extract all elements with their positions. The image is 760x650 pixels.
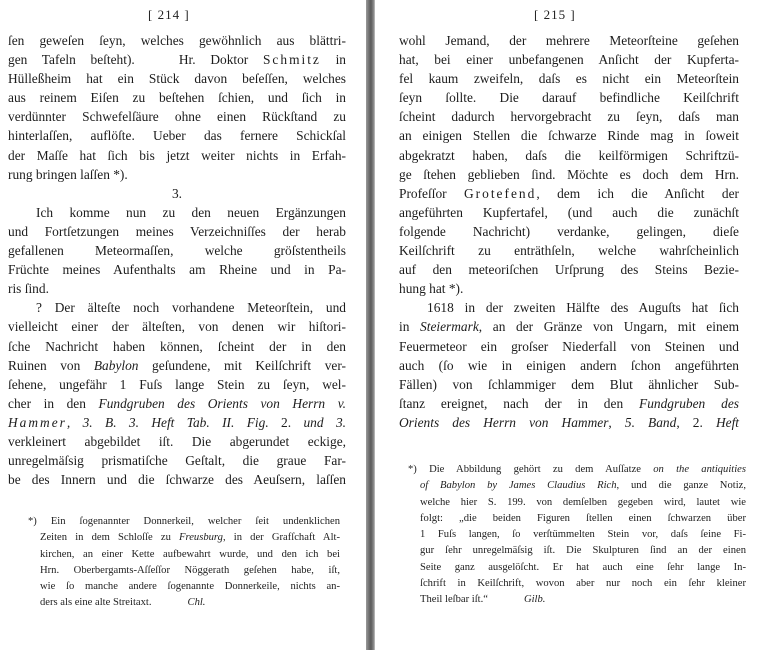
text-line: Ruinen von Babylon geſundene, mit Keilſc… xyxy=(8,356,346,375)
page-number: [ 214 ] xyxy=(148,7,190,23)
text-line: 1618 in der zweiten Hälfte des Auguſts h… xyxy=(399,298,739,317)
footnote-signature: Gilb. xyxy=(524,594,545,605)
text-line: be des Innern und die ſchwarze des Aeuſs… xyxy=(8,470,346,489)
text-line: verkleinert abgebildet iſt. Die abgerund… xyxy=(8,432,346,451)
text-line: an einigen Stellen die ſchwarze Rinde ma… xyxy=(399,126,739,145)
text-line: ſtanz ereignet, nach der in den Fundgrub… xyxy=(399,394,739,413)
footnote: *) Ein ſogenannter Donnerkeil, welcher ſ… xyxy=(28,514,340,612)
text-line: ris ſind. xyxy=(8,279,346,298)
text-line: ge ſtehen geblieben ſind. Möchte es doch… xyxy=(399,165,739,184)
text-line: ? Der älteſte noch vorhandene Meteorſtei… xyxy=(8,298,346,317)
text-line: rung bringen laſſen *). xyxy=(8,165,346,184)
text-line: aus reinem Eiſen zu beſtehen ſchien, und… xyxy=(8,88,346,107)
body-text: ſen geweſen ſeyn, welches gewöhnlich aus… xyxy=(8,31,346,489)
text-line: Orients des Herrn von Hammer, 5. Band, 2… xyxy=(399,413,739,432)
footnote-line: ſchrift in Keilſchrift, wovon aber nur n… xyxy=(408,576,746,592)
text-line: gefallenen Meteormaſſen, welche gröſsten… xyxy=(8,241,346,260)
text-line: cher in den Fundgruben des Orients von H… xyxy=(8,394,346,413)
right-page: [ 215 ] wohl Jemand, der mehrere Meteorſ… xyxy=(376,0,760,650)
text-line: auf den meteoriſchen Urſprung des Steins… xyxy=(399,260,739,279)
text-line: Hammer, 3. B. 3. Heft Tab. II. Fig. 2. u… xyxy=(8,413,346,432)
footnote-line: kirchen, an einer Kette aufbewahrt wurde… xyxy=(28,547,340,563)
text-line: unregelmäſsig prismatiſche Geſtalt, die … xyxy=(8,451,346,470)
footnote-line: folgt: „die beiden Figuren ſtellen einen… xyxy=(408,511,746,527)
text-line: folgende Nachricht) verdanke, gelingen, … xyxy=(399,222,739,241)
footnote-line: Zeiten in dem Schloſſe zu Freusburg, in … xyxy=(28,530,340,546)
footnote-line: Hrn. Oberbergamts-Aſſeſſor Nöggerath geſ… xyxy=(28,563,340,579)
body-text: wohl Jemand, der mehrere Meteorſteine ge… xyxy=(399,31,739,432)
text-line: angeführten Kupfertafel, (und auch die z… xyxy=(399,203,739,222)
text-line: fel kaum zweifeln, daſs es nicht ein Met… xyxy=(399,69,739,88)
text-line: hat, bei einer unbefangenen Anſicht der … xyxy=(399,50,739,69)
text-line: Ich komme nun zu den neuen Ergänzungen xyxy=(8,203,346,222)
text-line: Keilſchrift zu enträthſeln, welche wahrſ… xyxy=(399,241,739,260)
text-line: abgekratzt haben, daſs die keilförmigen … xyxy=(399,146,739,165)
footnote-line: Theil leſbar iſt.“Gilb. xyxy=(408,592,746,608)
text-line: ſen geweſen ſeyn, welches gewöhnlich aus… xyxy=(8,31,346,50)
text-line: auch (ſo wie in einigen andern ſchon ang… xyxy=(399,356,739,375)
text-line: wohl Jemand, der mehrere Meteorſteine ge… xyxy=(399,31,739,50)
section-number: 3. xyxy=(8,184,346,203)
text-line: in Steiermark, an der Gränze von Ungarn,… xyxy=(399,317,739,336)
text-line: hung hat *). xyxy=(399,279,739,298)
footnote-line: ders als eine alte Streitaxt.Chl. xyxy=(28,595,340,611)
text-line: Profeſſor Grotefend, dem ich die Anſicht… xyxy=(399,184,739,203)
text-line: Hülleßheim hat ein Stück davon beſeſſen,… xyxy=(8,69,346,88)
page-number: [ 215 ] xyxy=(534,7,576,23)
text-line: Fällen) von ſchlammiger dem Blut ähnlich… xyxy=(399,375,739,394)
footnote-line: of Babylon by James Claudius Rich, und d… xyxy=(408,478,746,494)
text-line: vielleicht einer der älteſten, von denen… xyxy=(8,317,346,336)
text-line: ſehene, ungefähr 1 Fuſs lange Stein zu ſ… xyxy=(8,375,346,394)
text-line: Feuermeteor ein groſser Niederfall von S… xyxy=(399,337,739,356)
text-line: ſche Nachricht haben können, ſcheint der… xyxy=(8,337,346,356)
footnote-line: 1 Fuſs langen, ſo verſtümmelten Stein vo… xyxy=(408,527,746,543)
footnote-line: gur ſehr unregelmäſsig iſt. Die Skulptur… xyxy=(408,543,746,559)
text-line: und Fortſetzungen meines Verzeichniſſes … xyxy=(8,222,346,241)
footnote-line: *) Ein ſogenannter Donnerkeil, welcher ſ… xyxy=(28,514,340,530)
text-line: ſcheint dadurch hervorgebracht zu ſeyn, … xyxy=(399,107,739,126)
text-line: gen Tafeln beſteht). Hr. Doktor Schmitz … xyxy=(8,50,346,69)
footnote-line: *) Die Abbildung gehört zu dem Auſſatze … xyxy=(408,462,746,478)
text-line: Früchte meines Aufenthalts am Rheine und… xyxy=(8,260,346,279)
footnote-line: welche hier S. 199. von demſelben gegebe… xyxy=(408,495,746,511)
left-page: [ 214 ] ſen geweſen ſeyn, welches gewöhn… xyxy=(0,0,366,650)
footnote-signature: Chl. xyxy=(188,597,206,608)
footnote-line: wie ſo manche andere ſogenannte Donnerke… xyxy=(28,579,340,595)
text-line: verdünnter Schwefelſäure ohne einen Rück… xyxy=(8,107,346,126)
book-spine xyxy=(366,0,375,650)
text-line: ſeyn ſollte. Die darauf befindliche Keil… xyxy=(399,88,739,107)
text-line: der Maſſe hat ſich bis jetzt weiter nich… xyxy=(8,146,346,165)
text-line: hinterlaſſen, auflöſte. Ueber das ferner… xyxy=(8,126,346,145)
footnote-line: Seite ganz ausgelöſcht. Er hat auch eine… xyxy=(408,560,746,576)
footnote: *) Die Abbildung gehört zu dem Auſſatze … xyxy=(408,462,746,609)
